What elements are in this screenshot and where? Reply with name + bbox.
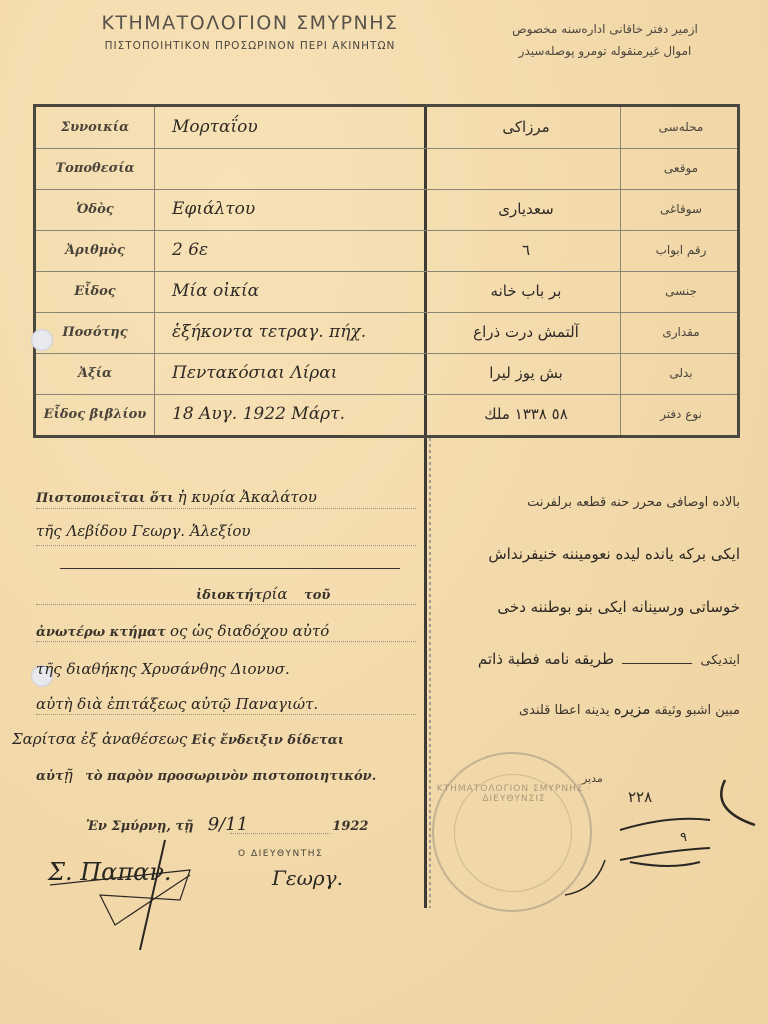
printed-text: ایتدیکی (700, 653, 740, 668)
row-label-ottoman: موقعی (626, 148, 736, 189)
row-value-ottoman: ٥٨ ١٣٣٨ ملك (432, 394, 620, 435)
dotted-line (36, 545, 416, 546)
printed-text: ἰδιοκτήτ (196, 588, 263, 603)
handwritten-text: مزیره (614, 700, 651, 718)
cert-line-4: ἀνωτέρω κτήματ ος ὡς διαδόχου αὐτό (36, 622, 416, 640)
signature-flourish (40, 830, 240, 970)
handwritten-text: ایکی برکە یانده لیده نعومیننه خنیفرنداش (488, 545, 740, 563)
ottoman-header: ازمیر دفتر خاقانی ادارەسنە مخصوص اموال غ… (470, 18, 740, 62)
ottoman-line-3: خوساتی ورسینانه ایکی بنو بوطننه دخی (440, 598, 740, 616)
dotted-line (230, 833, 330, 834)
printed-text: αὐτ (36, 769, 64, 784)
row-value (158, 148, 434, 189)
row-value-ottoman: سعدیاری (432, 189, 620, 230)
cert-line-6: αὐτὴ διὰ ἐπιτάξεως αὐτῷ Παναγιώτ. (36, 695, 416, 713)
row-value: Πεντακόσιαι Λίραι (158, 353, 434, 394)
row-value-ottoman: بش یوز لیرا (432, 353, 620, 394)
row-value: Εφιάλτου (158, 189, 434, 230)
ottoman-title-line1: ازمیر دفتر خاقانی ادارەسنە مخصوص (470, 18, 740, 40)
table-row: Εἶδος βιβλίου 18 Αυγ. 1922 Μάρτ. ٥٨ ١٣٣٨… (36, 394, 737, 435)
cert-line-1: Πιστοποιεῖται ὅτι ἡ κυρία Ἀκαλάτου (36, 488, 416, 506)
row-label-ottoman: جنسی (626, 271, 736, 312)
handwritten-text: ῇ (64, 766, 73, 784)
dotted-line (36, 604, 416, 605)
greek-header: ΚΤΗΜΑΤΟΛΟΓΙΟΝ ΣΜΥΡΝΗΣ ΠΙΣΤΟΠΟΙΗΤΙΚΟΝ ΠΡΟ… (60, 12, 440, 52)
row-value: ἑξήκοντα τετραγ. πήχ. (158, 312, 434, 353)
table-row: Ποσότης ἑξήκοντα τετραγ. πήχ. آلتمش درت … (36, 312, 737, 354)
table-row: Ἀριθμὸς 2 6ε ٦ رقم ابواب (36, 230, 737, 272)
row-label: Συνοικία (36, 107, 154, 148)
row-value-ottoman: آلتمش درت ذراع (432, 312, 620, 353)
table-row: Συνοικία Μορταΐου مرزاکی محلەسی (36, 107, 737, 149)
printed-text: یدینه اعطا قلندی (519, 703, 610, 718)
handwritten-text: ρία (263, 585, 288, 603)
punch-hole (31, 329, 53, 351)
row-value: 2 6ε (158, 230, 434, 271)
date-year: 1922 (332, 819, 368, 834)
handwritten-stroke (60, 568, 400, 569)
row-label-ottoman: محلەسی (626, 107, 736, 148)
table-row: Ὁδὸς Εφιάλτου سعدیاری سوقاغی (36, 189, 737, 231)
cert-line-2: τῆς Λεβίδου Γεωργ. Ἀλεξίου (36, 522, 416, 540)
ottoman-title-line2: اموال غیرمنقوله تومرو پوصلەسیدر (470, 40, 740, 62)
greek-title: ΚΤΗΜΑΤΟΛΟΓΙΟΝ ΣΜΥΡΝΗΣ (60, 12, 440, 34)
page-divider (424, 438, 427, 908)
handwritten-text: طریقه نامه فطبة ذاتم (478, 650, 614, 668)
row-label: Ποσότης (36, 312, 154, 353)
row-value-ottoman: ٦ (432, 230, 620, 271)
official-seal: ΚΤΗΜΑΤΟΛΟΓΙΟΝ ΣΜΥΡΝΗΣ · ΔΙΕΥΘΥΝΣΙΣ (432, 752, 592, 912)
row-label-ottoman: رقم ابواب (626, 230, 736, 271)
ottoman-line-2: ایکی برکە یانده لیده نعومیننه خنیفرنداش (440, 545, 740, 563)
handwritten-text: τῆς διαθήκης Χρυσάνθης Διονυσ. (36, 660, 290, 678)
printed-text: ἀνωτέρω κτήματ (36, 625, 166, 640)
printed-text: τοῦ (304, 588, 330, 603)
table-row: Ἀξία Πεντακόσιαι Λίραι بش یوز لیرا بدلی (36, 353, 737, 395)
cert-line-8: αὐτῇ τὸ παρὸν προσωρινὸν πιστοποιητικόν. (36, 766, 416, 784)
cert-line-7: Σαρίτσα ἐξ ἀναθέσεως Εἰς ἔνδειξιν δίδετα… (12, 730, 417, 748)
row-value-ottoman: بر باب خانه (432, 271, 620, 312)
row-value-ottoman (432, 148, 620, 189)
row-label: Ἀριθμὸς (36, 230, 154, 271)
dotted-line (36, 508, 416, 509)
row-label-ottoman: نوع دفتر (626, 394, 736, 435)
printed-text: مبین اشبو وثیقه (655, 703, 740, 718)
page-divider-ornament (429, 438, 431, 908)
row-label: Τοποθεσία (36, 148, 154, 189)
cert-line-3: ἰδιοκτήτρία τοῦ (36, 585, 416, 603)
row-label-ottoman: مقداری (626, 312, 736, 353)
printed-text: τὸ παρὸν προσωρινὸν πιστοποιητικόν. (85, 769, 376, 784)
row-label: Εἶδος βιβλίου (36, 394, 154, 435)
row-label: Ἀξία (36, 353, 154, 394)
director-signature: Γεωργ. (272, 866, 343, 890)
handwritten-text: Σαρίτσα ἐξ ἀναθέσεως (12, 730, 187, 748)
property-table: Συνοικία Μορταΐου مرزاکی محلەسی Τοποθεσί… (33, 104, 740, 438)
dotted-line (36, 714, 416, 715)
dotted-line (36, 641, 416, 642)
ottoman-line-4: ایتدیکی طریقه نامه فطبة ذاتم (440, 650, 740, 668)
handwritten-text: خوساتی ورسینانه ایکی بنو بوطننه دخی (497, 598, 740, 616)
ottoman-line-1: بالاده اوصافی محرر حنە قطعه برلفرنت (440, 495, 740, 510)
handwritten-text: αὐτὴ διὰ ἐπιτάξεως αὐτῷ Παναγιώτ. (36, 695, 318, 713)
table-row: Εἶδος Μία οἰκία بر باب خانه جنسی (36, 271, 737, 313)
row-label: Ὁδὸς (36, 189, 154, 230)
director-title: Ο ΔΙΕΥΘΥΝΤΗΣ (238, 849, 323, 859)
row-label-ottoman: سوقاغی (626, 189, 736, 230)
row-label: Εἶδος (36, 271, 154, 312)
row-value: Μία οἰκία (158, 271, 434, 312)
handwritten-text: ος ὡς διαδόχου αὐτό (170, 622, 329, 640)
printed-text: Εἰς ἔνδειξιν δίδεται (191, 733, 344, 748)
row-value: Μορταΐου (158, 107, 434, 148)
handwritten-text: ἡ κυρία Ἀκαλάτου (178, 488, 317, 506)
ottoman-line-5: مبین اشبو وثیقه مزیره یدینه اعطا قلندی (440, 700, 740, 718)
row-value-ottoman: مرزاکی (432, 107, 620, 148)
row-label-ottoman: بدلی (626, 353, 736, 394)
table-row: Τοποθεσία موقعی (36, 148, 737, 190)
printed-text: Πιστοποιεῖται ὅτι (36, 491, 174, 506)
greek-subtitle: ΠΙΣΤΟΠΟΙΗΤΙΚΟΝ ΠΡΟΣΩΡΙΝΟΝ ΠΕΡΙ ΑΚΙΝΗΤΩΝ (60, 40, 440, 52)
cert-line-5: τῆς διαθήκης Χρυσάνθης Διονυσ. (36, 660, 416, 678)
seal-text: ΚΤΗΜΑΤΟΛΟΓΙΟΝ ΣΜΥΡΝΗΣ · ΔΙΕΥΘΥΝΣΙΣ (434, 784, 594, 804)
handwritten-text: τῆς Λεβίδου Γεωργ. Ἀλεξίου (36, 522, 251, 540)
row-value: 18 Αυγ. 1922 Μάρτ. (158, 394, 434, 435)
